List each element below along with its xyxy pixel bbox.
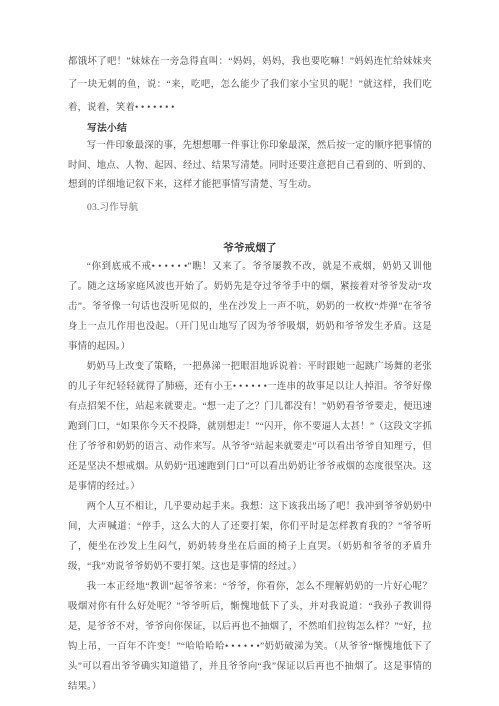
continuation-paragraph: 都饿坏了吧！”妹妹在一旁急得直叫：“妈妈，妈妈，我也要吃嘛！”妈妈连忙给妹妹夹了… (68, 51, 432, 120)
essay-paragraph: 两个人互不相让，几乎要动起手来。我想：这下该我出场了吧！我冲到爷爷奶奶中间，大声… (68, 497, 432, 577)
essay-title: 爷爷戒烟了 (68, 240, 432, 255)
summary-paragraph: 写一件印象最深的事，先想想哪一件事让你印象最深，然后按一定的顺序把事情的时间、地… (68, 137, 432, 196)
section-heading: 写法小结 (68, 120, 451, 134)
essay-paragraph: “你到底戒不戒• • • • • •”瞧！又来了。爷爷屡教不改，就是不戒烟，奶奶… (68, 257, 432, 357)
nav-label: 03.习作导航 (68, 199, 451, 213)
essay-paragraph: 奶奶马上改变了策略，一把鼻涕一把眼泪地诉说着：平时跟她一起跳广场舞的老张的儿子年… (68, 357, 432, 497)
essay-paragraph: 我一本正经地“教训”起爷爷来：“爷爷，你看你，怎么不理解奶奶的一片好心呢？吸烟对… (68, 577, 432, 697)
essay-body: “你到底戒不戒• • • • • •”瞧！又来了。爷爷屡教不改，就是不戒烟，奶奶… (68, 257, 432, 697)
document-page: 都饿坏了吧！”妹妹在一旁急得直叫：“妈妈，妈妈，我也要吃嘛！”妈妈连忙给妹妹夹了… (0, 0, 499, 706)
